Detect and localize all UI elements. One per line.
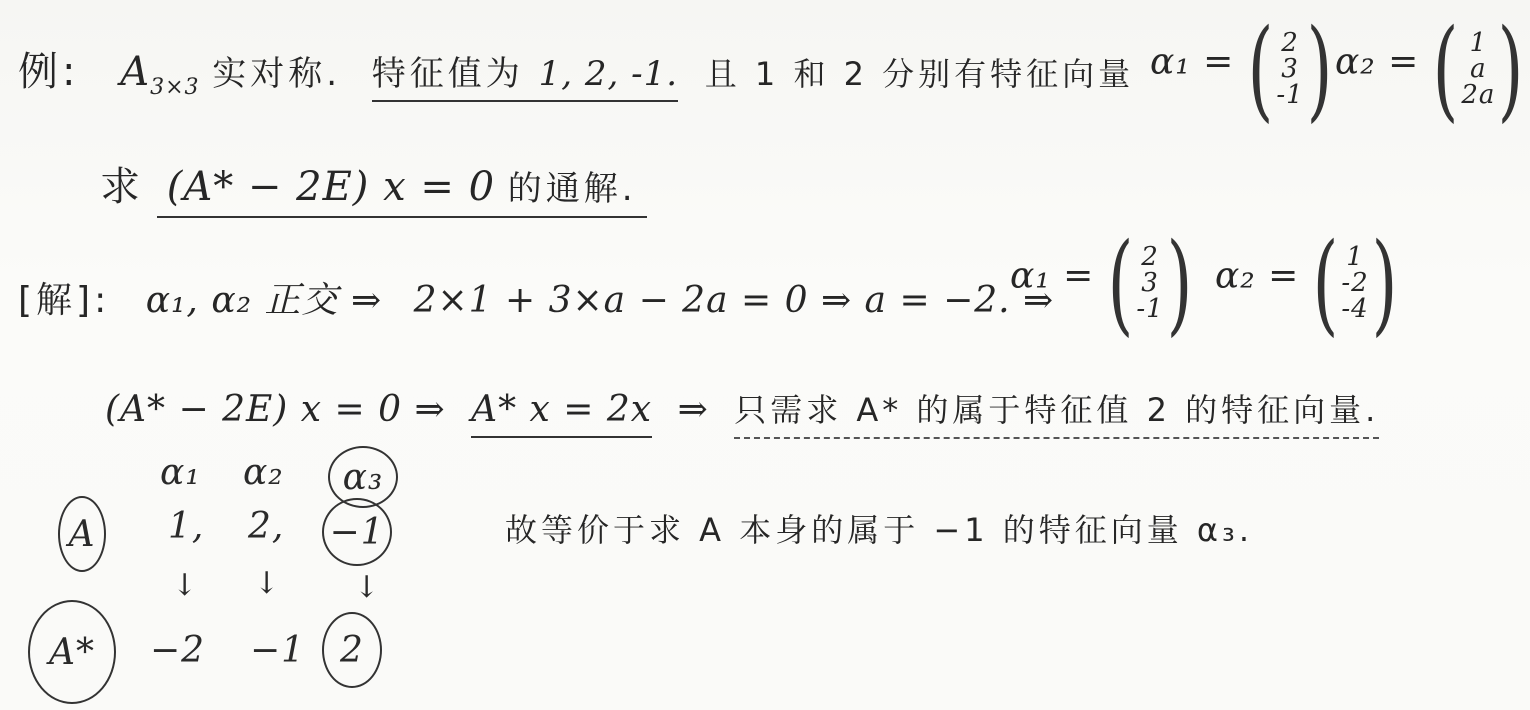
row-astar-value-1: −2 [150, 630, 205, 671]
eigenvector-requirement: 只需求 A* 的属于特征值 2 的特征向量. [734, 391, 1379, 439]
row-a-value-2: 2, [248, 506, 284, 547]
table-header-alpha2: α₂ [243, 452, 284, 493]
solved-alpha1-c2: 3 [1141, 270, 1159, 296]
right-paren: ) [1306, 14, 1332, 124]
eigenvalue-intro: 特征值为 1, 2, -1. [372, 54, 678, 102]
matrix-symbol: A [120, 49, 150, 95]
solved-alpha2-c1: 1 [1346, 244, 1364, 270]
alpha1-definition: α₁ = ( 2 3 -1 ) [1150, 14, 1341, 124]
alpha1-label: α₁ = [1150, 42, 1234, 83]
left-paren: ( [1248, 14, 1274, 124]
solution-label: [解]: [18, 280, 110, 321]
alpha2-label: α₂ = [1335, 42, 1419, 83]
right-paren: ) [1498, 14, 1524, 124]
question-underlined: (A* − 2E) x = 0 的通解. [157, 161, 647, 218]
alpha1-c2: 3 [1281, 56, 1299, 82]
alpha2-c3: 2a [1461, 82, 1495, 108]
homogeneous-equation: (A* − 2E) x = 0 ⇒ [105, 389, 446, 430]
alpha1-c1: 2 [1281, 30, 1299, 56]
solved-alpha1: α₁ = ( 2 3 -1 ) [1010, 228, 1201, 338]
right-paren: ) [1166, 228, 1192, 338]
alpha1-vector: ( 2 3 -1 ) [1239, 14, 1340, 124]
solution-line-2: (A* − 2E) x = 0 ⇒ A* x = 2x ⇒ 只需求 A* 的属于… [105, 385, 1379, 431]
alpha1-c3: -1 [1276, 82, 1303, 108]
conclusion-text: 故等价于求 A 本身的属于 −1 的特征向量 α₃. [505, 505, 1253, 551]
symmetric-text: 实对称. [212, 54, 341, 94]
solved-alpha2-label: α₂ = [1215, 256, 1299, 297]
eigvec-intro: 且 1 和 2 分别有特征向量 [705, 55, 1134, 93]
question-prefix: 求 [100, 164, 144, 210]
left-paren: ( [1433, 14, 1459, 124]
solved-alpha2-vector: ( 1 -2 -4 ) [1304, 228, 1405, 338]
row-astar-value-3: 2 [322, 612, 382, 688]
left-paren: ( [1313, 228, 1339, 338]
alpha2-definition: α₂ = ( 1 a 2a ) [1335, 14, 1530, 124]
solved-alpha1-c3: -1 [1136, 296, 1163, 322]
solution-line-1: [解]: α₁, α₂ 正交 ⇒ 2×1 + 3×a − 2a = 0 ⇒ a … [18, 272, 1054, 323]
right-paren: ) [1371, 228, 1397, 338]
alpha2-c2: a [1470, 56, 1487, 82]
row-a-label: A [58, 496, 106, 572]
alpha2-c1: 1 [1470, 30, 1488, 56]
matrix-name: A3×3 [120, 49, 199, 95]
solved-alpha2-c3: -4 [1341, 296, 1368, 322]
solved-alpha2-c2: -2 [1341, 270, 1368, 296]
row-astar-value-2: −1 [250, 630, 305, 671]
alpha2-vector: ( 1 a 2a ) [1424, 14, 1530, 124]
eig-intro-text: 特征值为 [372, 54, 524, 94]
down-arrow-icon: ↓ [354, 570, 379, 605]
problem-line-1: 例: A3×3 实对称. 特征值为 1, 2, -1. 且 1 和 2 分别有特… [18, 40, 1134, 100]
orthogonal-statement: α₁, α₂ 正交 ⇒ [146, 280, 382, 321]
question-suffix: 的通解. [508, 169, 637, 209]
question-equation: (A* − 2E) x = 0 [167, 164, 495, 210]
matrix-subscript: 3×3 [150, 75, 199, 100]
problem-question: 求 (A* − 2E) x = 0 的通解. [100, 155, 647, 218]
solved-alpha1-c1: 2 [1141, 244, 1159, 270]
down-arrow-icon: ↓ [254, 566, 279, 601]
orthogonality-equation: 2×1 + 3×a − 2a = 0 ⇒ a = −2. ⇒ [414, 280, 1055, 321]
solved-alpha1-label: α₁ = [1010, 256, 1094, 297]
eigen-equation: A* x = 2x [471, 389, 652, 438]
example-label: 例: [18, 49, 79, 95]
solved-alpha2: α₂ = ( 1 -2 -4 ) [1215, 228, 1406, 338]
left-paren: ( [1108, 228, 1134, 338]
down-arrow-icon: ↓ [172, 568, 197, 603]
row-astar-label: A* [28, 600, 116, 704]
solved-alpha1-vector: ( 2 3 -1 ) [1099, 228, 1200, 338]
table-header-alpha1: α₁ [160, 452, 201, 493]
eigenvalues: 1, 2, -1. [539, 54, 678, 94]
row-a-value-3: −1 [322, 498, 392, 566]
row-a-value-1: 1, [168, 506, 204, 547]
implies-arrow: ⇒ [678, 389, 709, 430]
